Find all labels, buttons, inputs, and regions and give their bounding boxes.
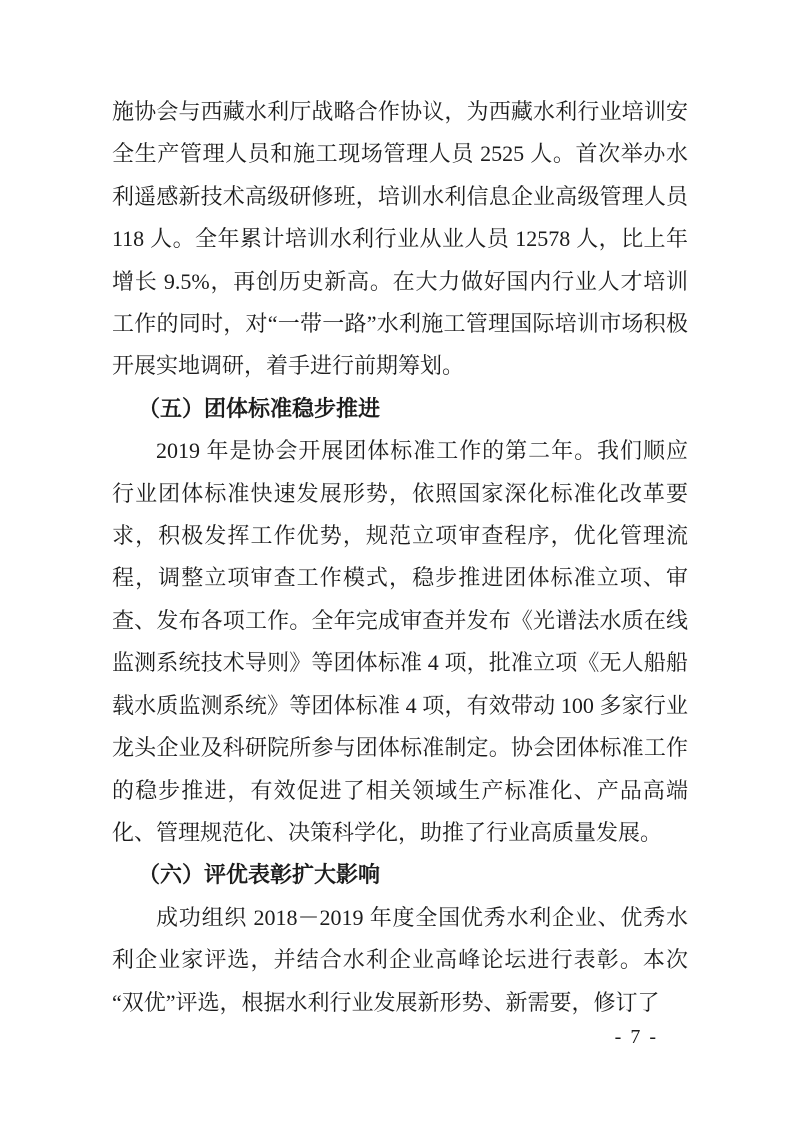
paragraph-group-standards: 2019 年是协会开展团体标准工作的第二年。我们顺应行业团体标准快速发展形势，依… xyxy=(112,430,688,854)
section-heading-6: （六）评优表彰扩大影响 xyxy=(112,854,688,896)
page-number: - 7 - xyxy=(615,1026,658,1048)
document-page: 施协会与西藏水利厅战略合作协议，为西藏水利行业培训安全生产管理人员和施工现场管理… xyxy=(0,0,800,1131)
section-heading-5: （五）团体标准稳步推进 xyxy=(112,388,688,430)
paragraph-training-continuation: 施协会与西藏水利厅战略合作协议，为西藏水利行业培训安全生产管理人员和施工现场管理… xyxy=(112,91,688,388)
document-body: 施协会与西藏水利厅战略合作协议，为西藏水利行业培训安全生产管理人员和施工现场管理… xyxy=(112,91,688,1024)
paragraph-awards-recognition: 成功组织 2018－2019 年度全国优秀水利企业、优秀水利企业家评选，并结合水… xyxy=(112,897,688,1024)
